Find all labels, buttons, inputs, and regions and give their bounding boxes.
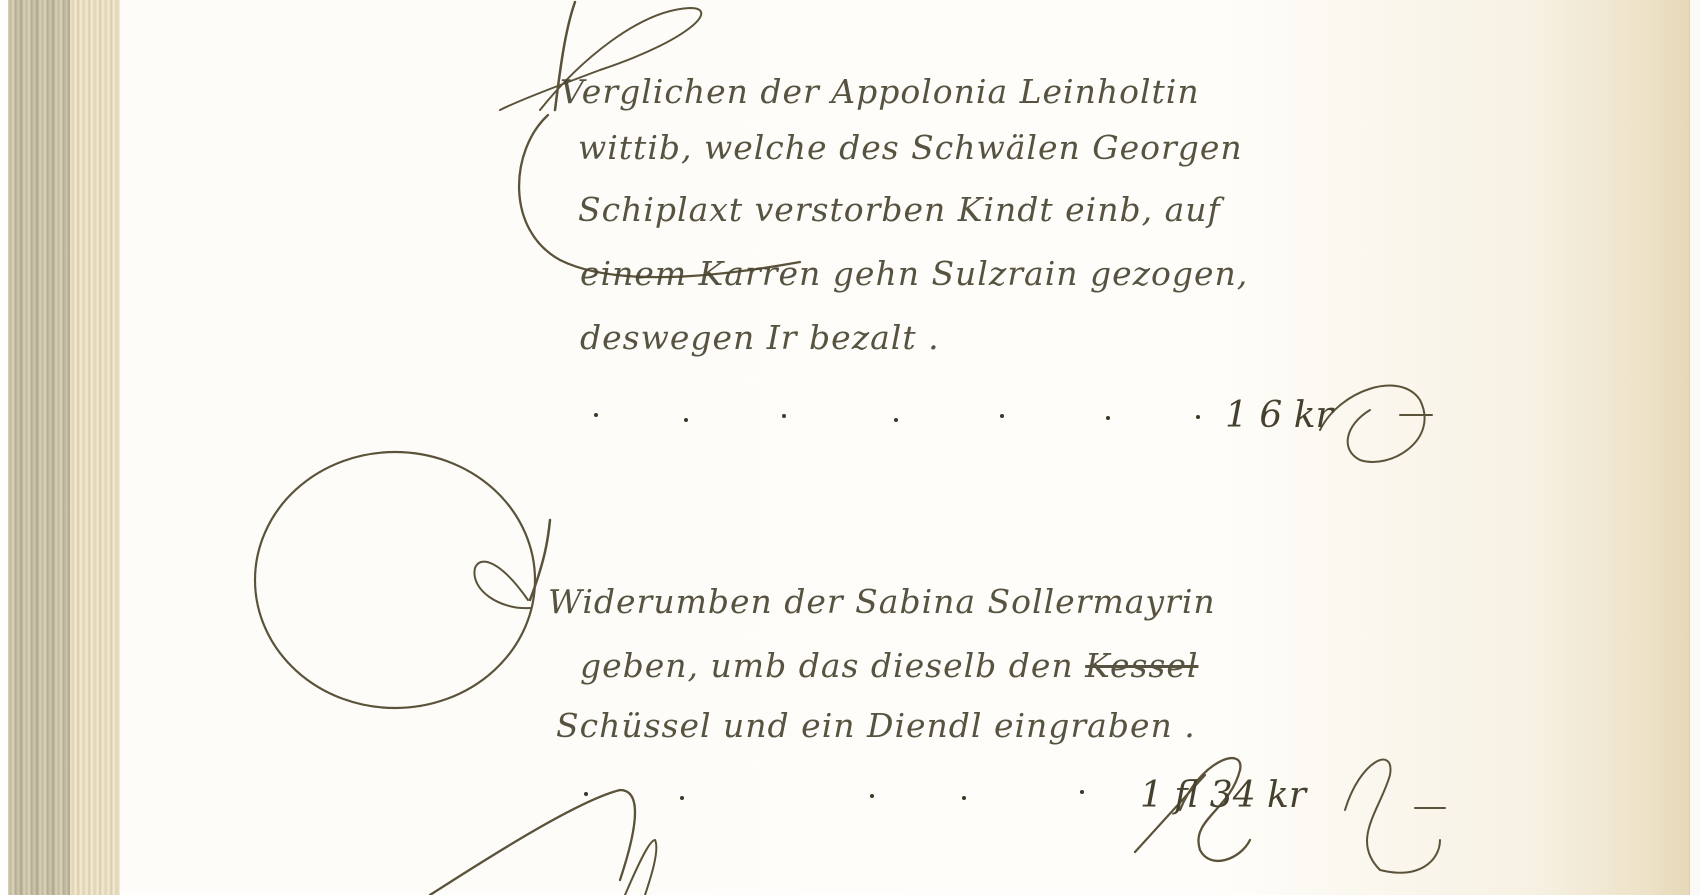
entry-1-line-5: deswegen Ir bezalt . bbox=[580, 318, 940, 357]
entry-1-amount: 1 6 kr bbox=[1225, 395, 1333, 436]
entry-1-line-3: Schiplaxt verstorben Kindt einb, auf bbox=[578, 190, 1221, 229]
entry-1-line-2: wittib, welche des Schwälen Georgen bbox=[578, 128, 1243, 167]
entry-2-line-1: Widerumben der Sabina Sollermayrin bbox=[548, 582, 1216, 621]
entry-2-line-2: geben, umb das dieselb den Kessel bbox=[580, 646, 1198, 685]
struck-word: Kessel bbox=[1085, 646, 1198, 685]
entry-1-line-1: Verglichen der Appolonia Leinholtin bbox=[560, 72, 1200, 111]
kreuzer-flourish-2 bbox=[1345, 760, 1440, 873]
entry-1-line-4: einem Karren gehn Sulzrain gezogen, bbox=[580, 254, 1248, 293]
next-initial-flourish bbox=[430, 790, 635, 895]
entry-2-amount: 1 fl 34 kr bbox=[1140, 775, 1306, 816]
kreuzer-flourish-1 bbox=[1320, 386, 1425, 462]
initial-w-oval bbox=[255, 452, 535, 708]
entry-2-line-2-text: geben, umb das dieselb den bbox=[580, 646, 1074, 685]
entry-2-line-3: Schüssel und ein Diendl eingraben . bbox=[556, 706, 1196, 745]
